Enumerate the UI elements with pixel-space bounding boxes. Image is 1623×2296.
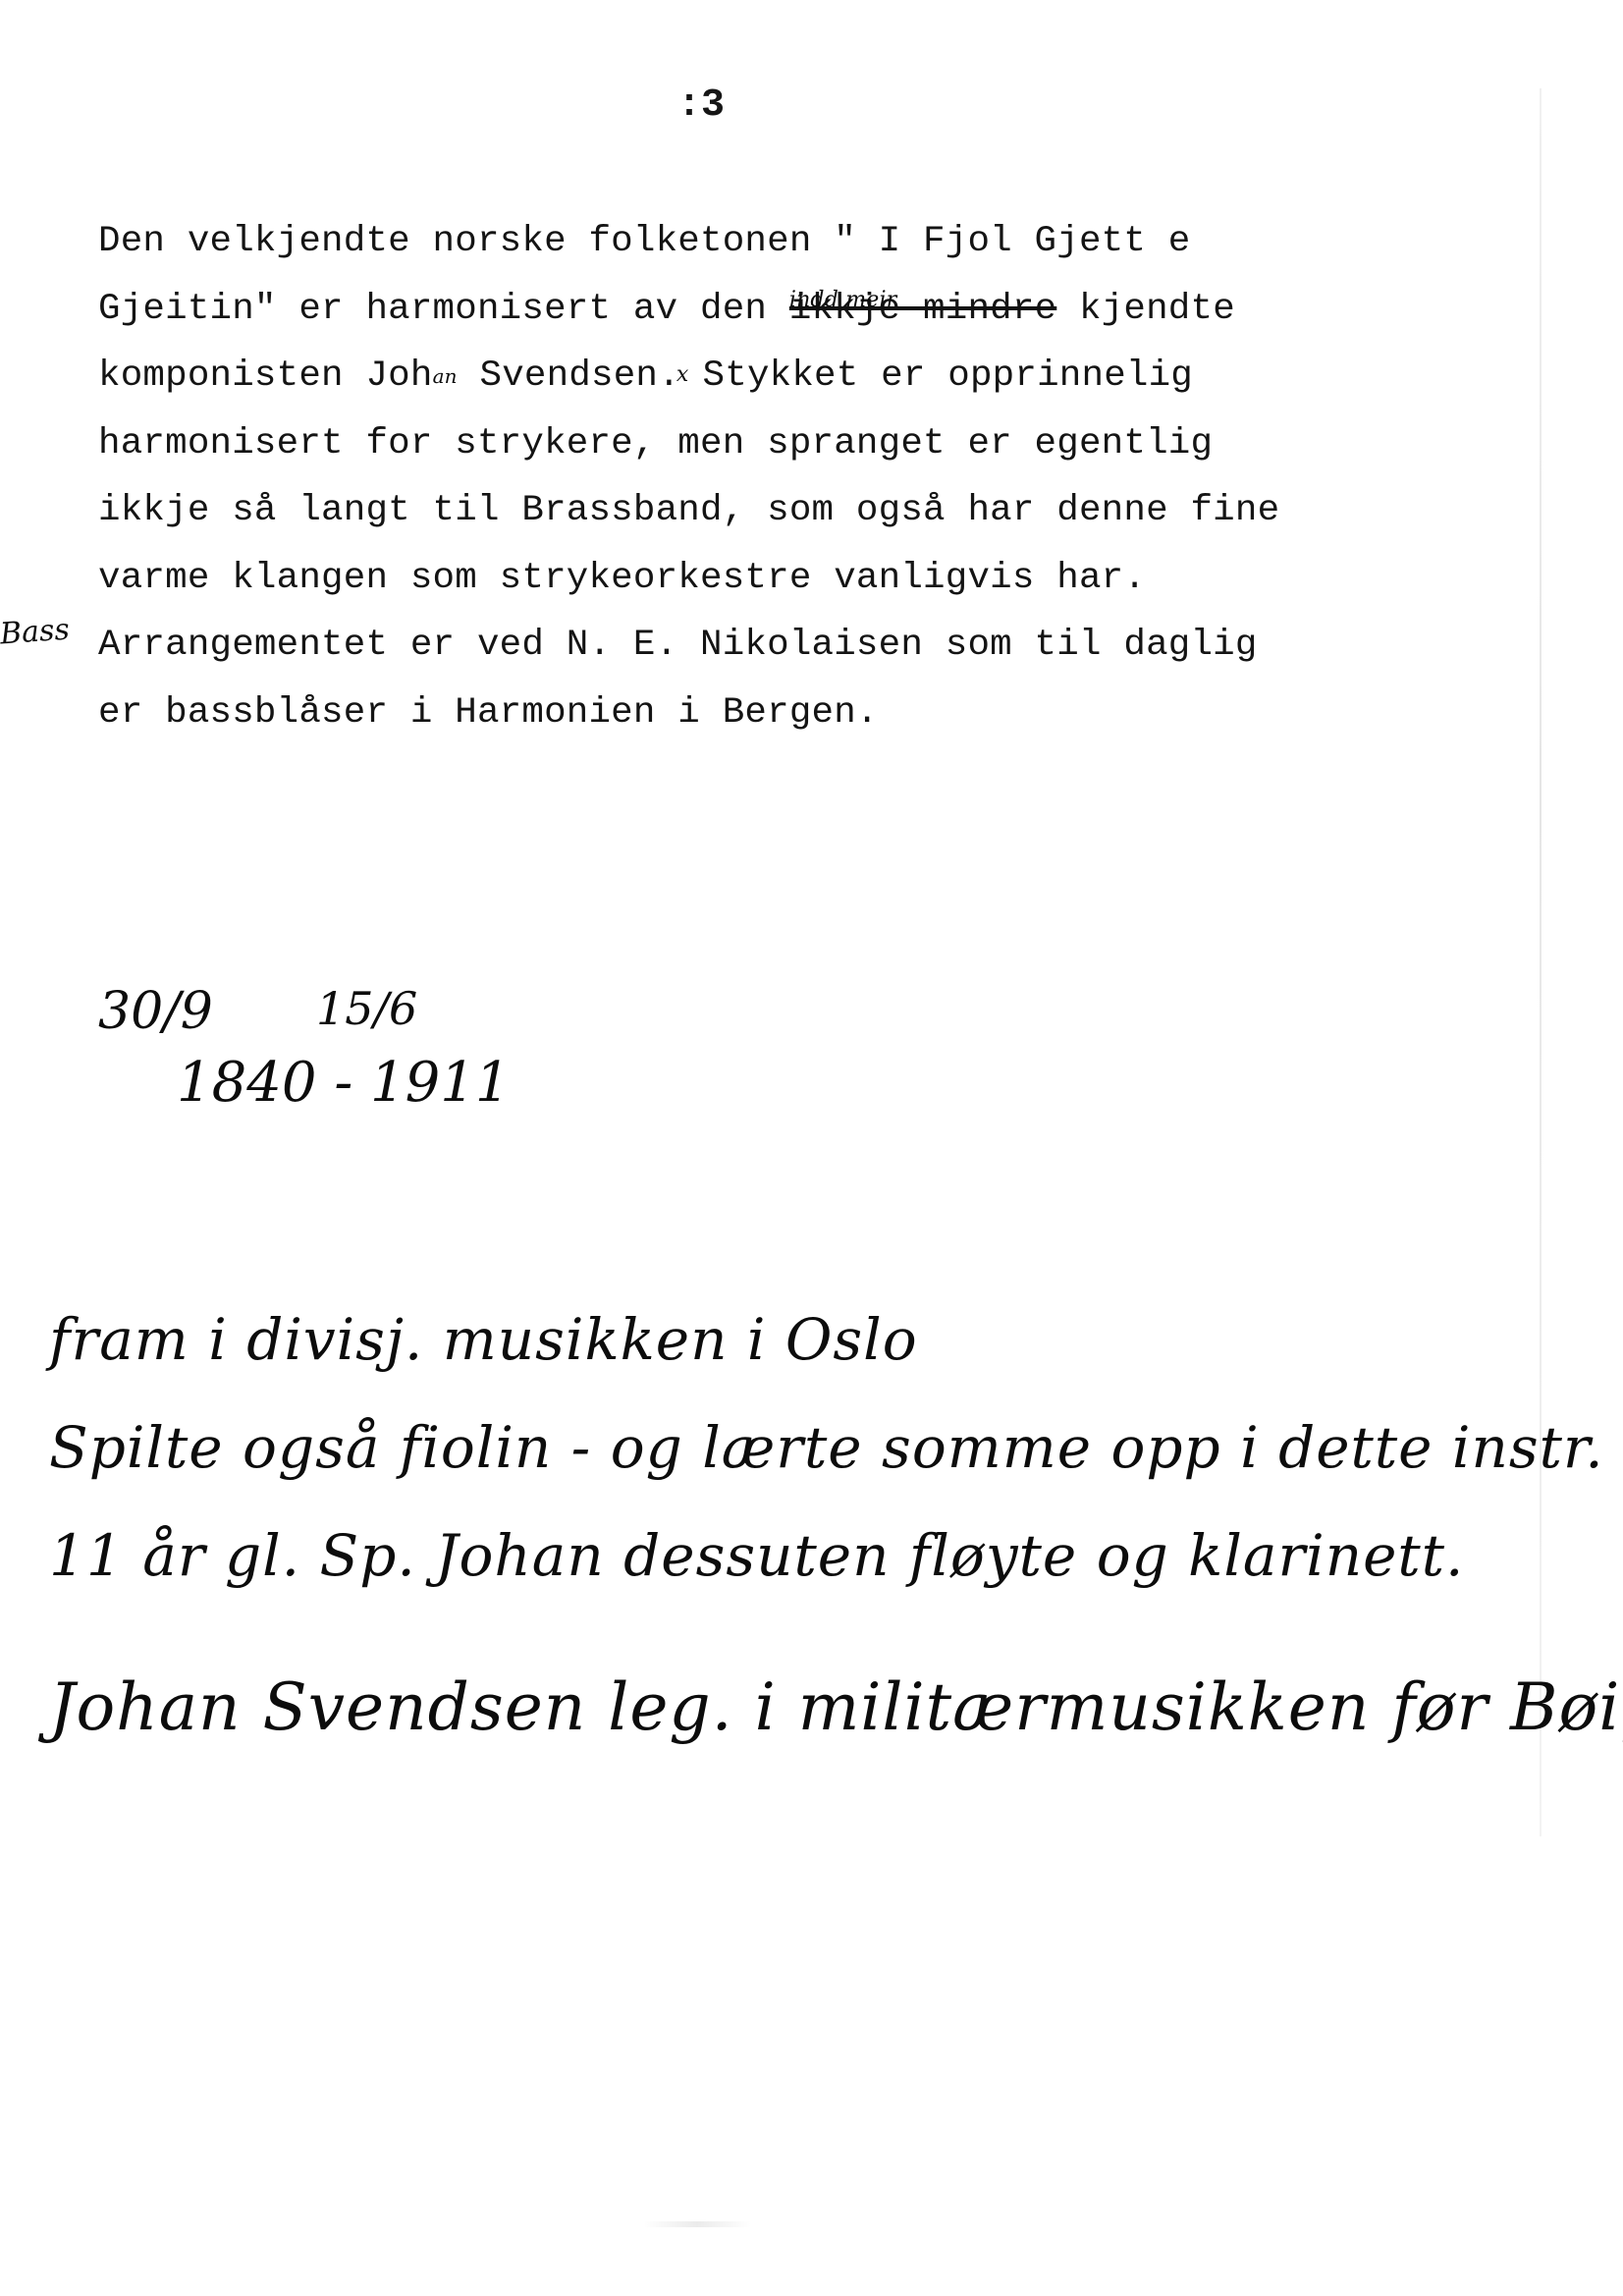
typed-line-2-end: kjendte xyxy=(1056,289,1235,330)
footnote-mark: x xyxy=(676,342,689,410)
scan-artifact xyxy=(643,2221,751,2227)
birth-date: 30/9 xyxy=(98,982,213,1041)
life-years: 1840 - 1911 xyxy=(177,1051,511,1115)
typed-line-2: Gjeitin" er harmonisert av den indd meir… xyxy=(98,276,1279,344)
typed-line-8: er bassblåser i Harmonien i Bergen. xyxy=(98,680,1279,747)
handwritten-dates: 30/9 15/6 1840 - 1911 xyxy=(98,982,432,1139)
typed-line-3: komponisten Johan Svendsen.x Stykket er … xyxy=(98,343,1279,410)
document-page: :3 Den velkjendte norske folketonen " I … xyxy=(0,0,1623,2296)
death-date: 15/6 xyxy=(316,982,417,1035)
typed-line-3-start: komponisten Joh xyxy=(98,355,433,397)
typed-line-4: harmonisert for strykere, men spranget e… xyxy=(98,410,1279,478)
page-edge-line xyxy=(1540,88,1542,1836)
typed-line-7: Arrangementet er ved N. E. Nikolaisen so… xyxy=(98,612,1279,680)
handwritten-note-2: Spilte også fiolin - og lærte somme opp … xyxy=(49,1414,1604,1481)
typed-line-6: varme klangen som strykeorkestre vanligv… xyxy=(98,545,1279,613)
typed-paragraph: Den velkjendte norske folketonen " I Fjo… xyxy=(98,208,1279,746)
handwritten-name-correction: an xyxy=(433,364,458,388)
page-number: :3 xyxy=(677,83,725,128)
typed-line-3-end: Stykket er opprinnelig xyxy=(680,355,1193,397)
typed-line-1: Den velkjendte norske folketonen " I Fjo… xyxy=(98,208,1279,276)
handwritten-note-3: 11 år gl. Sp. Johan dessuten fløyte og k… xyxy=(49,1522,1464,1589)
typed-line-5: ikkje så langt til Brassband, som også h… xyxy=(98,477,1279,545)
handwritten-note-1: fram i divisj. musikken i Oslo xyxy=(49,1306,918,1373)
typed-line-2-start: Gjeitin" er harmonisert av den xyxy=(98,289,789,330)
typed-line-3-name: Svendsen. xyxy=(458,355,680,397)
handwritten-insertion: indd meir xyxy=(789,267,897,335)
handwritten-note-4: Johan Svendsen leg. i militærmusikken fø… xyxy=(49,1669,1623,1745)
margin-note: Bass xyxy=(0,613,71,652)
